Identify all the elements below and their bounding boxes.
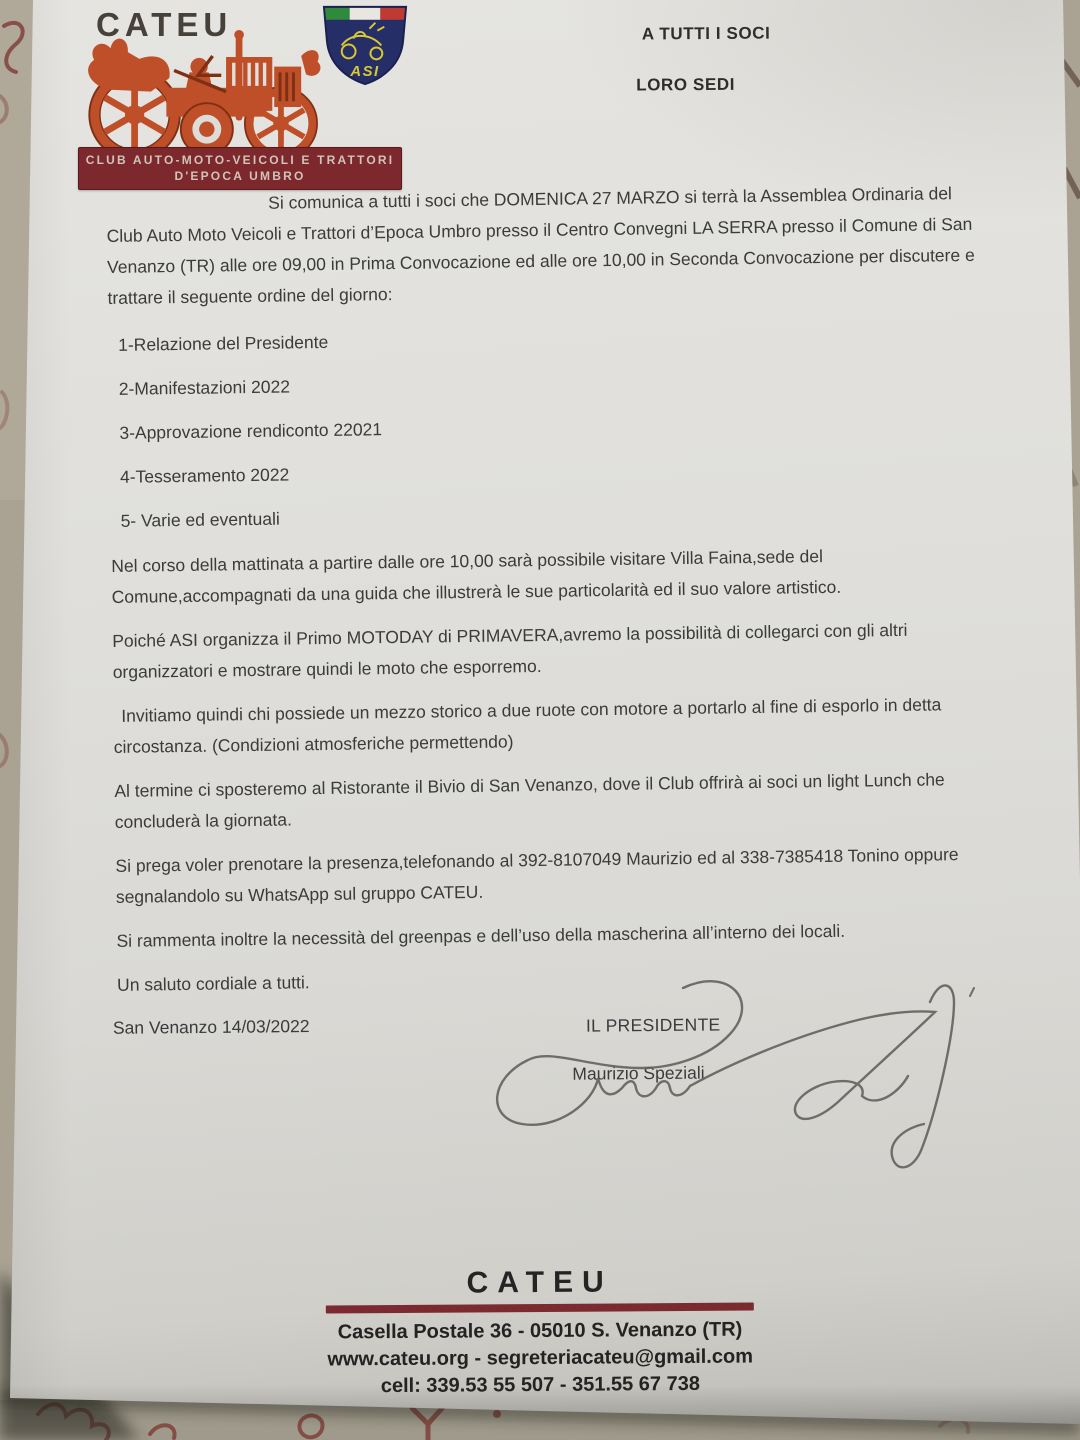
letter-footer: CATEU Casella Postale 36 - 05010 S. Vena… (0, 1262, 1080, 1403)
paragraph-invito-mezzi: Invitiamo quindi chi possiede un mezzo s… (113, 689, 986, 763)
asi-shield-icon: ASI (318, 2, 412, 88)
recipient-line1: A TUTTI I SOCI (642, 24, 771, 45)
paragraph-villa-faina: Nel corso della mattinata a partire dall… (111, 539, 984, 613)
paragraph-prenotazione: Si prega voler prenotare la presenza,tel… (115, 839, 988, 913)
footer-wordmark: CATEU (0, 1262, 1080, 1304)
club-banner: Club Auto-Moto-Veicoli e Trattori D'Epoc… (78, 147, 402, 190)
agenda-item-1: 1-Relazione del Presidente (118, 318, 980, 361)
handwritten-signature (430, 972, 990, 1202)
agenda-item-5: 5- Varie ed eventuali (120, 494, 982, 537)
letter-body: Si comunica a tutti i soci che DOMENICA … (106, 178, 989, 1014)
opening-paragraph: Si comunica a tutti i soci che DOMENICA … (106, 178, 980, 314)
agenda-item-2: 2-Manifestazioni 2022 (119, 362, 981, 405)
paragraph-motoday: Poiché ASI organizza il Primo MOTODAY di… (112, 614, 985, 688)
tractor-logo-icon (80, 30, 324, 160)
paragraph-greenpass: Si rammenta inoltre la necessità del gre… (116, 914, 988, 957)
letter-paper: CATEU (0, 0, 1080, 1440)
paragraph-ristorante: Al termine ci sposteremo al Ristorante i… (114, 764, 987, 838)
recipient-block: A TUTTI I SOCI LORO SEDI (642, 24, 771, 96)
agenda-list: 1-Relazione del Presidente 2-Manifestazi… (108, 318, 983, 537)
agenda-item-4: 4-Tesseramento 2022 (120, 450, 982, 493)
recipient-line2: LORO SEDI (636, 75, 771, 96)
asi-label: ASI (349, 64, 379, 80)
club-banner-line1: Club Auto-Moto-Veicoli e Trattori (81, 152, 399, 168)
agenda-item-3: 3-Approvazione rendiconto 22021 (119, 406, 981, 449)
footer-rule (326, 1303, 754, 1314)
signature-block: San Venanzo 14/03/2022 IL PRESIDENTE Mau… (0, 0, 1080, 5)
place-date: San Venanzo 14/03/2022 (113, 1016, 310, 1039)
club-banner-line2: D'Epoca Umbro (81, 168, 399, 184)
photo-of-letter: CATEU (0, 0, 1080, 1440)
